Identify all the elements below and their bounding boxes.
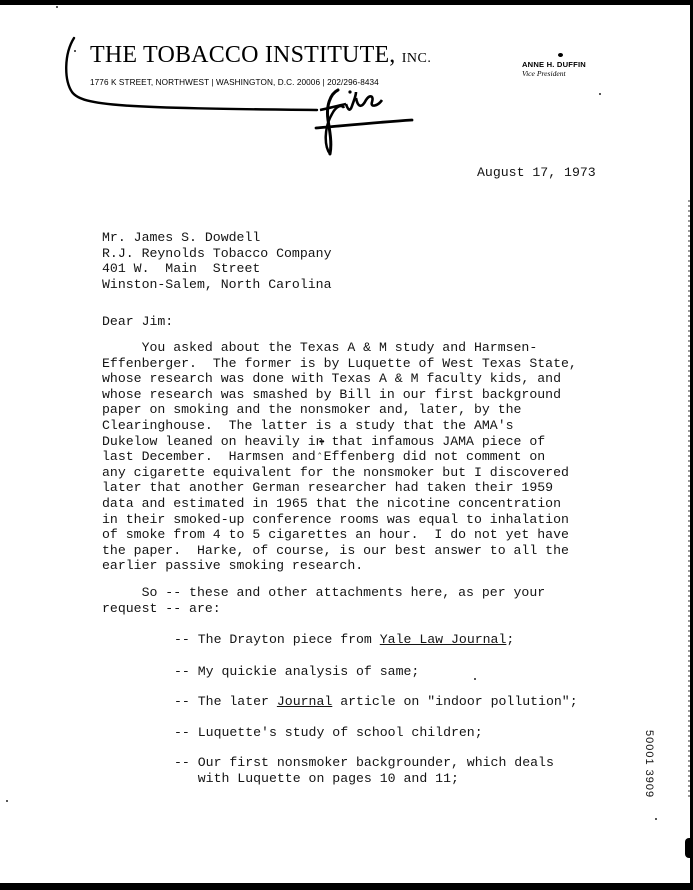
attachment-item: -- The Drayton piece from Yale Law Journ… bbox=[174, 632, 514, 648]
attachment-item: -- The later Journal article on "indoor … bbox=[174, 694, 578, 710]
attachment-item: -- Luquette's study of school children; bbox=[174, 725, 483, 741]
recipient-address: Mr. James S. Dowdell R.J. Reynolds Tobac… bbox=[102, 230, 332, 292]
handwritten-file-mark: file bbox=[300, 84, 420, 159]
handwritten-insert-marks: •• bbox=[319, 437, 325, 446]
scan-speck bbox=[599, 93, 601, 95]
body-paragraph-1: You asked about the Texas A & M study an… bbox=[102, 340, 577, 574]
salutation: Dear Jim: bbox=[102, 314, 173, 330]
scan-speck bbox=[474, 678, 476, 680]
attachment-item: -- Our first nonsmoker backgrounder, whi… bbox=[174, 755, 554, 786]
letter-date: August 17, 1973 bbox=[477, 165, 596, 181]
scan-edge-blob bbox=[685, 838, 693, 858]
ink-dot bbox=[558, 53, 563, 57]
scan-speck bbox=[655, 818, 657, 820]
scan-speck bbox=[74, 50, 76, 52]
organization-name: THE TOBACCO INSTITUTE, INC. bbox=[90, 42, 431, 69]
attachment-item: -- My quickie analysis of same; bbox=[174, 664, 419, 680]
scan-speck bbox=[56, 6, 58, 8]
officer-title: Vice President bbox=[522, 69, 586, 78]
officer-name: ANNE H. DUFFIN bbox=[522, 60, 586, 69]
scan-edge-bottom bbox=[0, 883, 693, 890]
scan-edge-noise bbox=[688, 200, 690, 800]
bates-number: 50001 3909 bbox=[643, 730, 655, 798]
scan-edge-top bbox=[0, 0, 693, 5]
scan-speck bbox=[6, 800, 8, 802]
officer-block: ANNE H. DUFFIN Vice President bbox=[522, 60, 586, 78]
body-paragraph-2: So -- these and other attachments here, … bbox=[102, 585, 545, 616]
